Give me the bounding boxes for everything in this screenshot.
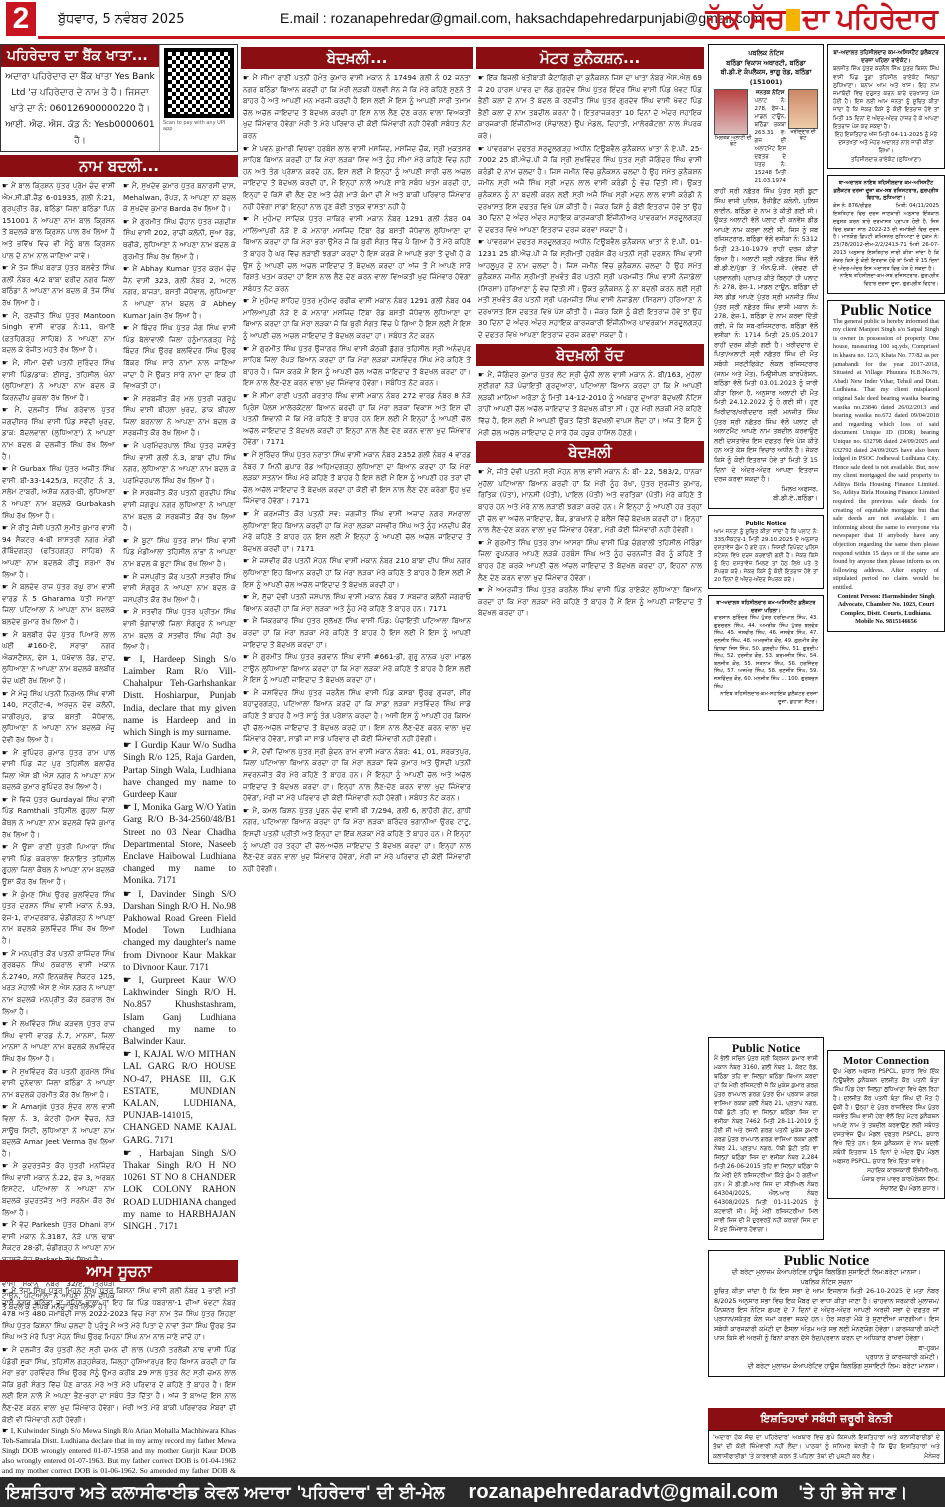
court-notice-3: ਬਾ-ਅਦਾਲਤ ਤਹਿਸੀਲਦਾਰ ਕਮ-ਅਸਿਸਟੈਂਟ ਕੁਲੈਕਟਰ ਦ…: [708, 595, 824, 711]
notice-body: ਵਾਰਸਾਨ ਸੁਰਿੰਦਰ ਸਿੰਘ ਪੁੱਤਰ ਹਰਦਿਆਲ ਸਿੰਘ, 4…: [714, 615, 818, 691]
deceased-photo: [714, 89, 748, 135]
section-header-disinherit-cancel: ਬੇਦਖ਼ਲੀ ਰੱਦ: [476, 344, 704, 366]
name-change-col2: ਮੈਂ, ਸੁਖਦੇਵ ਕੁਮਾਰ ਪੁੱਤਰ ਬਨਾਰਸੀ ਦਾਸ, Meha…: [121, 180, 238, 1314]
notice-title: ਪਬਲਿਕ ਨੋਟਿਸ: [714, 49, 818, 59]
notice-item: ਮੈਂ Abhay Kumar ਪੁੱਤਰ ਕਰਮ ਚੰਦ ਜੈਨ ਵਾਸੀ 3…: [123, 263, 236, 321]
signature: ਸੰਚਾਲਣ ਉਪ ਮੰਡਲ ਸੁਧਾਰ।: [833, 1185, 939, 1194]
notice-item: ਮੈਂ ਮੁਹੰਮਦ ਸ਼ਾਹਿਦ ਪੁੱਤਰ ਮੁਹੰਮਦ ਰਫੀਕ ਵਾਸੀ…: [243, 295, 471, 341]
notice-item: ਮੈਂ ਵਿਜੇ ਪੁੱਤਰ Gurdayal ਸਿੰਘ ਵਾਸੀ ਪਿੰਡ R…: [2, 794, 115, 840]
qr-caption: Scan to pay with any UPI app: [163, 120, 234, 132]
contact-emails: E.mail : rozanapehredar@gmail.com, haksa…: [280, 10, 762, 26]
notice-item: ਮੈਂ ਮੰਜੂ ਸਿੰਘ ਪਤਨੀ ਨਿਰਮਲ ਸਿੰਘ ਵਾਸੀ 140, …: [2, 688, 115, 746]
notice-item: ਮੈਂ ਜਸਵੀਰ ਕੌਰ ਪਤਨੀ ਮੋਹਨ ਸਿੰਘ ਵਾਸੀ ਮਕਾਨ ਨ…: [243, 555, 471, 590]
contact-person: Content Person: Harmshinder Singh Advoca…: [833, 593, 939, 627]
masthead: 2 ਬੁੱਧਵਾਰ, 5 ਨਵੰਬਰ 2025 E.mail : rozanap…: [0, 0, 945, 40]
notice-body: ਰਾਹੀਂ ਸ੍ਰੀ ਨਛੱਤਰ ਸਿੰਘ ਪੁੱਤਰ ਸ੍ਰੀ ਬੂਟਾ ਸਿ…: [714, 187, 818, 484]
notice-item: ਮੈਂ, ਕਮਲ ਕਿਸ਼ਨ ਪੁੱਤਰ ਪੂਰਨ ਚੰਦ ਵਾਸੀ ਬੀ 7/…: [243, 805, 471, 875]
signature: ਨਾਇਬ ਤਹਿਸੀਲਦਾ-ਕਮ-ਸਬ ਰਜਿਸਟਰਾਰ, ਗੁਰਪ੍ਰੀਤ ਵ…: [833, 273, 939, 289]
notice-item: ਮੈਂ, ਰਣਜੀਤ ਸਿੰਘ ਪੁੱਤਰ Mantoon Singh ਵਾਸੀ…: [2, 310, 115, 356]
public-notice-punjabi: Public Notice ਮੈਂ ਭੋਲੀ ਸਚਿਨ ਪੁੱਤਰ ਸ੍ਰੀ ਕ…: [708, 1037, 824, 1240]
notice-body: ਮੈਂ ਭੋਲੀ ਸਚਿਨ ਪੁੱਤਰ ਸ੍ਰੀ ਕ੍ਰਿਸ਼ਨ ਕੁਮਾਰ ਵ…: [714, 1055, 818, 1235]
notice-item: ਮੈਂ ਪਵਨ ਕੁਮਾਰੀ ਵਿਧਵਾ ਹਰਬੰਸ ਲਾਲ ਵਾਸੀ ਮਸਜਿ…: [243, 143, 471, 213]
notice-item: ਮੈਂ ਜਸਪ੍ਰੀਤ ਕੌਰ ਪਤਨੀ ਸਤਵੀਰ ਸਿੰਘ ਵਾਸੀ ਸੰਗ…: [123, 571, 236, 606]
bank-details: ਅਦਾਰਾ ਪਹਿਰੇਦਾਰ ਦਾ ਬੈਂਕ ਖਾਤਾ Yes Bank Ltd…: [1, 67, 159, 151]
notice-item: ਮੈਂ ਤੇਜਾ ਸਿੰਘ ਪੁੱਤਰ ਮਿਹਨ ਸਿੰਘ ਪੁੱਤਰ ਕਿਸ਼…: [2, 1285, 236, 1343]
flag-icon: [786, 9, 800, 31]
notice-item: ਮੈਂ ਦਲਜੀਤ ਕੌਰ ਪੁੱਤਰੀ ਲੇਟ ਸ੍ਰੀ ਚਮਨ ਦੀ ਲਾਲ…: [2, 1344, 236, 1425]
notice-body: ਸੂਚਿਤ ਕੀਤਾ ਜਾਂਦਾ ਹੈ ਕਿ ਇਸ ਸਭਾ ਦੇ ਆਮ ਇਜਲਾ…: [714, 1287, 939, 1343]
signature: ਨਾਇਬ ਤਹਿਸੀਲਦਾਰ-ਕਮ-ਸਹਾਇਕ ਕੁਲੈਕਟਰ ਦਰਜਾ ਦੂਜ…: [714, 691, 818, 706]
notice-title: Public Notice: [714, 1044, 818, 1053]
public-notice-society: Public Notice ਦੀ ਬਰੇਟਾ ਮੁਲਾਜ਼ਮ ਕੋਆਪਰੇਟਿਵ…: [708, 1250, 945, 1377]
footer-text: ਇਸ਼ਤਿਹਾਰ ਅਤੇ ਕਲਾਸੀਫਾਈਡ ਕੇਵਲ ਅਦਾਰਾ 'ਪਹਿਰੇ…: [6, 1483, 445, 1503]
motor-column: ਮੋਟਰ ਕੁਨੈਕਸ਼ਨ... ਇੱਕ ਬਿਜਲੀ ਖੇਤੀਬਾੜੀ ਕੈਟਾ…: [476, 44, 704, 1477]
motor-connection-en-wrap: Motor Connection ਉਪ ਮੰਡਲ ਅਫਸਰ PSPCL, ਸੁਧ…: [827, 1050, 945, 1245]
right-column-b: ਬਾ-ਅਦਾਲਤ ਤਹਿਸੀਲਦਾਰ ਕਮ-ਅਸਿਸਟੈਂਟ ਕੁਲੈਕਟਰ ਦ…: [827, 44, 945, 1094]
notice-item: ਮੈਂ ਲਖਵਿੰਦਰ ਸਿੰਘ ਕੜਵਲ ਪੁੱਤਰ ਰਾਜ ਸਿੰਘ ਵਾਸ…: [2, 1018, 115, 1064]
notice-item: ਮੈਂ ਤੇਜ ਸਿੰਘ ਬਰਾੜ ਪੁੱਤਰ ਬਲਵੰਤ ਸਿੰਘ ਗਲੀ ਨ…: [2, 262, 115, 308]
notice-item-english: I, Gurpreet Kaur W/O Lakhwinder Singh R/…: [123, 975, 236, 1048]
notice-item: ਮੈਂ ਗੁਰਮੀਤ ਸਿੰਘ ਚੌਹਾਨ ਪੁੱਤਰ ਜਗਦੀਸ਼ ਸਿੰਘ …: [123, 216, 236, 262]
disclaimer-box: ਇਸ਼ਤਿਹਾਰਾਂ ਸਬੰਧੀ ਜ਼ਰੂਰੀ ਬੇਨਤੀ 'ਅਦਾਰਾ ਹੱਕ…: [708, 1408, 945, 1475]
notice-item: ਇੱਕ ਬਿਜਲੀ ਖੇਤੀਬਾੜੀ ਕੈਟਾਗਿਰੀ ਦਾ ਕੁਨੈਕਸ਼ਨ …: [478, 72, 702, 142]
section-header-general-notice: ਆਮ ਸੂਚਨਾ: [0, 1260, 238, 1282]
notice-body: ਆਮ ਜਨਤਾ ਨੂੰ ਸੂਚਿਤ ਕੀਤਾ ਜਾਂਦਾ ਹੈ ਕਿ ਪਲਾਟ …: [714, 528, 818, 584]
footer-email-link[interactable]: rozanapehredaradvt@gmail.com: [469, 1481, 779, 1503]
notice-item: ਮੈਂ Amarjit ਪੁੱਤਰ ਸੁੰਦਰ ਲਾਲ ਵਾਸੀ ਵਿਲਾ ਨੰ…: [2, 1101, 115, 1159]
notice-title: ਬਾ-ਅਦਾਲਤ ਤਹਿਸੀਲਦਾਰ ਕਮ-ਅਸਿਸਟੈਂਟ ਕੁਲੈਕਟਰ ਦ…: [714, 600, 818, 615]
notice-item: ਪਾਵਰਕਾਮ ਦਫਤਰ ਸਰਦੂਲਗੜ੍ਹ ਅਧੀਨ ਟਿਊਬਵੈਲ ਕੁਨੈ…: [478, 236, 702, 340]
notice-title: Motor Connection: [833, 1057, 939, 1066]
notice-item: ਮੈਂ, ਜੀਤੋ ਦੇਵੀ ਪਤਨੀ ਸ੍ਰੀ ਮੋਹਨ ਲਾਲ ਵਾਸੀ ਮ…: [478, 466, 702, 536]
notice-title: Public Notice: [714, 520, 818, 528]
signature: ਸਹਾਇਕ ਕਾਰਜਕਾਰੀ ਇੰਜੀਨੀਅਰ,: [833, 1167, 939, 1176]
notice-item: ਮੈਂ Gurbax ਸਿੰਘ ਪੁੱਤਰ ਅਜੀਤ ਸਿੰਘ ਵਾਸੀ ਬੀ-…: [2, 463, 115, 521]
case-number: ਕੇਸ ਨੰ: 876/ਰੀਡਰ: [833, 203, 871, 211]
court-notice-2: ਬਾ-ਅਦਾਲਤ ਨਾਇਬ ਤਹਿਸੀਲਦਾਰ ਕਮ-ਅਸਿਸਟੈਂਟ ਕੁਲੈ…: [827, 175, 945, 294]
notice-item: ਮੈਂ ਬਿੰਦਰ ਸਿੰਘ ਪੁੱਤਰ ਜੰਗ ਸਿੰਘ ਵਾਸੀ ਪਿੰਡ …: [123, 322, 236, 392]
notice-item: ਮੈਂ ਗੁਰਮੀਤ ਸਿੰਘ ਪੁੱਤਰ ਉਜਾਗਰ ਸਿੰਘ ਵਾਸੀ ਕੋ…: [243, 343, 471, 389]
notice-item: ਮੈਂ ਗੁਰਮੀਤ ਸਿੰਘ ਪੁੱਤਰ ਰਾਮ ਆਸਰਾ ਸਿੰਘ ਵਾਸੀ…: [478, 537, 702, 583]
notice-item: ਮੈਂ ਗੁਰਮੀਤ ਸਿੰਘ ਪੁੱਤਰ ਭਗਵਾਨ ਸਿੰਘ ਵਾਸੀ #6…: [243, 651, 471, 686]
notice-item: ਮੈਂ ਬੂਟਾ ਸਿੰਘ ਪੁੱਤਰ ਸ਼ਾਮ ਸਿੰਘ ਵਾਸੀ ਪਿੰਡ …: [123, 535, 236, 570]
notice-title: ਬਾ-ਅਦਾਲਤ ਤਹਿਸੀਲਦਾਰ ਕਮ-ਅਸਿਸਟੈਂਟ ਕੁਲੈਕਟਰ ਦ…: [833, 49, 939, 65]
notice-item: ਮੈਂ ਸੁਰਿੰਦਰ ਸਿੰਘ ਪੁੱਤਰ ਨਰਾਤਾ ਸਿੰਘ ਵਾਸੀ ਮ…: [243, 449, 471, 507]
section-header-disinherit: ਬੇਦਖ਼ਲੀ...: [241, 47, 473, 69]
issue-date: ਬੁੱਧਵਾਰ, 5 ਨਵੰਬਰ 2025: [58, 12, 185, 27]
notice-item: ਮੈਂ, ਜੋਗਿੰਦਰ ਕੁਮਾਰ ਪੁੱਤਰ ਲੇਟ ਸ੍ਰੀ ਚੁੰਨੀ …: [478, 369, 702, 439]
notice-item: ਮੈਂ ਸਰਬਜੀਤ ਕੌਰ ਮਲ ਪੁੱਤਰੀ ਜਗਰੂਪ ਸਿੰਘ ਵਾਸੀ…: [123, 393, 236, 439]
notice-item: ਮੈਂ ਸੀਮਾ ਰਾਣੀ ਪਤਨੀ ਕਰਤਾਰ ਸਿੰਘ ਵਾਸੀ ਮਕਾਨ …: [243, 390, 471, 448]
logo-text-1: ਹੱਕ ਸੱਚ: [706, 2, 785, 35]
notice-title: Public Notice: [714, 1257, 939, 1266]
notice-item: ਮੈਂ ਅਮਰਜੀਤ ਸਿੰਘ ਪੁੱਤਰ ਕਰਨੈਲ ਸਿੰਘ ਵਾਸੀ ਪਿ…: [478, 584, 702, 619]
name-change-col1: ਮੈਂ ਬਾਲ ਕ੍ਰਿਸ਼ਨ ਪੁੱਤਰ ਪ੍ਰੇਮ ਚੰਦ ਵਾਸੀ ਐਮ.…: [0, 180, 117, 1314]
notice-item-english: I Gurdip Kaur W/o Sudha Singh R/o 125, R…: [123, 740, 236, 801]
signature: ਮੈਨੇਜਰ: [924, 1452, 940, 1461]
newspaper-logo: ਹੱਕ ਸੱਚਦਾ ਪਹਿਰੇਦਾਰ: [706, 2, 937, 36]
photo-caption: ਖਰੀਦਦਾਰ ਦੀ ਫੋਟੋ: [788, 129, 818, 141]
section-header-disinherit-2: ਬੇਦਖ਼ਲੀ: [476, 441, 704, 463]
notice-subtitle: ਪਬਲਿਕ ਨੋਟਿਸ ਸੁਚਨਾ: [714, 1278, 939, 1287]
section-header-motor: ਮੋਟਰ ਕੁਨੈਕਸ਼ਨ...: [476, 47, 704, 69]
motor-connection-notice: Motor Connection ਉਪ ਮੰਡਲ ਅਫਸਰ PSPCL, ਸੁਧ…: [827, 1050, 945, 1199]
notice-title: ਬੀ.ਡੀ.ਏ ਕੰਪਲੈਕਸ, ਭਾਗੂ ਰੋਡ, ਬਠਿੰਡਾ: [714, 68, 818, 78]
notice-item: ਮੈਂ ਬਲਬੀਰ ਚੰਦ ਪੁੱਤਰ ਪਿਆਰੇ ਲਾਲ ਘਈ #160-ਏ,…: [2, 629, 115, 687]
notice-item-english: I, Kulwinder Singh S/o Mewa Singh R/o Ar…: [2, 1426, 236, 1475]
society-notice-wrap: Public Notice ਦੀ ਬਰੇਟਾ ਮੁਲਾਜ਼ਮ ਕੋਆਪਰੇਟਿਵ…: [708, 1250, 945, 1405]
disclaimer-title: ਇਸ਼ਤਿਹਾਰਾਂ ਸਬੰਧੀ ਜ਼ਰੂਰੀ ਬੇਨਤੀ: [708, 1408, 945, 1430]
public-notice-small: Public Notice ਆਮ ਜਨਤਾ ਨੂੰ ਸੂਚਿਤ ਕੀਤਾ ਜਾਂ…: [708, 515, 824, 589]
notice-item: ਪਾਵਰਕਾਮ ਦਫਤਰ ਸਰਦੂਲਗੜ੍ਹ ਅਧੀਨ ਟਿਊਬਵੈਲ ਕੁਨੈ…: [478, 143, 702, 236]
notice-item: ਮੈਂ ਜਿਕਰਕਾਰ ਸਿੰਘ ਪੁੱਤਰ ਸੁਲੱਖਣ ਸਿੰਘ ਵਾਸੀ …: [243, 615, 471, 650]
notice-body: ਇਸ਼ਤਿਹਾਰ ਵਿਚ ਦਰਜ ਜਾਣਕਾਰੀ ਅਨੁਸਾਰ ਇੰਤਕਾਲ ਦ…: [833, 211, 939, 273]
upi-qr[interactable]: Scan to pay with any UPI app: [159, 45, 237, 151]
notice-item: ਮੈਂ ਕਰਮਜੀਤ ਕੌਰ ਪਤਨੀ ਸਵ: ਜਗਜੀਤ ਸਿੰਘ ਵਾਸੀ …: [243, 508, 471, 554]
bda-public-notice: ਪਬਲਿਕ ਨੋਟਿਸ ਬਠਿੰਡਾ ਵਿਕਾਸ ਅਥਾਰਟੀ, ਬਠਿੰਡਾ …: [708, 44, 824, 509]
notice-item-english: , Harbajan Singh S/O Thakar Singh R/O H …: [123, 1148, 236, 1233]
disinherit-column: ਬੇਦਖ਼ਲੀ... ਮੈਂ ਸੀਮਾ ਰਾਣੀ ਪਤਨੀ ਹੇਮੰਤ ਕੁਮਾ…: [241, 44, 473, 1477]
signature: ਬਾ-ਹੁਕਮ: [714, 1344, 939, 1353]
logo-text-2: ਦਾ ਪਹਿਰੇਦਾਰ: [802, 2, 937, 35]
notice-date: ਮਿਤੀ: 04/11/2025: [896, 203, 939, 211]
notice-item: ਮੈਂ ਕੁੰਮਣ ਸਿੰਘ ਉਰਫ ਕੁਲਵਿੰਦਰ ਸਿੰਘ ਪੁੱਤਰ ਦ…: [2, 889, 115, 947]
photo-caption: ਮ੍ਰਿਤਕ ਅਲਾਟੀ ਦੀ ਫੋਟੋ: [714, 135, 753, 147]
notice-title: ਬਠਿੰਡਾ ਵਿਕਾਸ ਅਥਾਰਟੀ, ਬਠਿੰਡਾ: [714, 59, 818, 69]
notice-item: ਮੈਂ ਮੁਹੰਮਦ ਸਾਦਿਕ ਪੁੱਤਰ ਜ਼ਾਕਿਰ ਵਾਸੀ ਮਕਾਨ …: [243, 213, 471, 294]
notice-body: ਉਪ ਮੰਡਲ ਅਫਸਰ PSPCL, ਸੁਧਾਰ ਵਿਖੇ ਇੱਕ ਟਿਊਬਵ…: [833, 1068, 939, 1167]
general-notice-section: ਆਮ ਸੂਚਨਾ ਮੈਂ ਤੇਜਾ ਸਿੰਘ ਪੁੱਤਰ ਮਿਹਨ ਸਿੰਘ ਪ…: [0, 1257, 238, 1475]
signature: ਪੰਜਾਬ ਰਾਜ ਪਾਵਰ ਕਾਰਪੋਰੇਸ਼ਨ ਲਿਮ:: [833, 1176, 939, 1185]
footer-banner: ਇਸ਼ਤਿਹਾਰ ਅਤੇ ਕਲਾਸੀਫਾਈਡ ਕੇਵਲ ਅਦਾਰਾ 'ਪਹਿਰੇ…: [0, 1477, 945, 1507]
disclaimer-body: 'ਅਦਾਰਾ ਹੱਕ ਸੱਚ ਦਾ ਪਹਿਰੇਦਾਰ' ਅਖ਼ਬਾਰ ਵਿਚ ਛ…: [713, 1434, 940, 1460]
notice-item: ਮੈਂ ਭੁਪਿੰਦਰ ਕੁਮਾਰ ਪੁੱਤਰ ਰਾਮ ਪਾਲ ਵਾਸੀ ਪਿੰ…: [2, 747, 115, 793]
notice-item: ਮੈਂ, ਸੀਮਾ ਦੇਵੀ ਪਤਨੀ ਸੁਰਿੰਦਰ ਸਿੰਘ ਵਾਸੀ ਪਿ…: [2, 357, 115, 403]
notice-item: ਮੈਂ ਕੁਦਰਤਜੋਤ ਕੌਰ ਪੁੱਤਰੀ ਮਨਜਿੰਦਰ ਸਿੰਘ ਵਾਸ…: [2, 1160, 115, 1218]
notice-item: ਮੈਂ ਸਰਬਜੀਤ ਕੌਰ ਪਤਨੀ ਗੁਰਦੀਪ ਸਿੰਘ ਵਾਸੀ ਜਗਰ…: [123, 487, 236, 533]
plot-details: ਪਲਾਟ ਨੰ: 278, ਫੇਜ਼-1, ਮਾਡਲ ਟਾਊਨ, ਬਠਿੰਡਾ …: [755, 97, 786, 185]
right-column-a: ਪਬਲਿਕ ਨੋਟਿਸ ਬਠਿੰਡਾ ਵਿਕਾਸ ਅਥਾਰਟੀ, ਬਠਿੰਡਾ …: [708, 44, 824, 1094]
signature: ਮਿਲਖ ਅਫਸਰ,: [714, 485, 818, 495]
notice-title: ਬਾ-ਅਦਾਲਤ ਨਾਇਬ ਤਹਿਸੀਲਦਾਰ ਕਮ-ਅਸਿਸਟੈਂਟ ਕੁਲੈ…: [833, 180, 939, 203]
notice-date: ਇਹ ਇਸ਼ਤਿਹਾਰ ਅੱਜ ਮਿਤੀ 04-11-2025 ਨੂੰ ਮੇਰੇ…: [833, 131, 939, 156]
notice-item: ਮੈਂ, ਦੇਵੀ ਦਿਆਲ ਪੁੱਤਰ ਸ੍ਰੀ ਕੁੰਦਨ ਰਾਮ ਵਾਸੀ…: [243, 746, 471, 804]
buyer-photo: [788, 89, 818, 129]
signature: ਪ੍ਰਧਾਨ ਤੇ ਕਾਰਜਕਾਰੀ ਕਮੇਟੀ।: [714, 1353, 939, 1362]
notice-item: ਮੈਂ ਬਲਦੇਵ ਰਾਜ ਪੁੱਤਰ ਰਘੂ ਰਾਮ ਵਾਸੀ ਵਾਰਡ ਨੰ…: [2, 581, 115, 627]
signature: ਤਹਿਸੀਲਦਾਰ ਰਾਏਕੋਟ (ਲੁਧਿਆਣਾ): [833, 156, 939, 164]
notice-item-english: I, Hardeep Singh S/o Laimber Ram R/o Vil…: [123, 654, 236, 739]
public-notice-english: Public Notice The general public is here…: [827, 300, 945, 632]
court-notice-top: ਬਾ-ਅਦਾਲਤ ਤਹਿਸੀਲਦਾਰ ਕਮ-ਅਸਿਸਟੈਂਟ ਕੁਲੈਕਟਰ ਦ…: [827, 44, 945, 169]
notice-item-english: I, Davinder Singh S/O Darshan Singh R/O …: [123, 889, 236, 974]
notice-sub: ਜਨਤਕ ਨੋਟਿਸ: [755, 89, 786, 97]
notice-item: ਮੈਂ, ਦਲਜੀਤ ਸਿੰਘ ਗਰੇਵਾਲ ਪੁੱਤਰ ਜਗਦੀਸ਼ਰ ਸਿੰ…: [2, 404, 115, 462]
signature: ਬੀ.ਡੀ.ਏ.,ਬਠਿੰਡਾ।: [714, 494, 818, 504]
notice-pin: (151001): [714, 78, 818, 88]
masthead-divider: [38, 36, 945, 39]
notice-item: ਮੈਂ ਮਨਪ੍ਰੀਤ ਕੌਰ ਪਤਨੀ ਰਾਜਿੰਦਰ ਸਿੰਘ ਗੁਰਬਚਨ…: [2, 948, 115, 1018]
public-notice-pa-wrap: Public Notice ਮੈਂ ਭੋਲੀ ਸਚਿਨ ਪੁੱਤਰ ਸ੍ਰੀ ਕ…: [708, 1037, 824, 1247]
notice-item: ਮੈਂ ਸੁਖਵਿੰਦਰ ਕੌਰ ਪਤਨੀ ਗੁਰਮੇਲ ਸਿੰਘ ਵਾਸੀ ਦ…: [2, 1066, 115, 1101]
footer-suffix: 'ਤੇ ਹੀ ਭੇਜੇ ਜਾਣ।: [798, 1483, 907, 1503]
notice-body: ਬਲਜੀਤ ਸਿੰਘ ਪੁੱਤਰ ਕਰਨੈਲ ਸਿੰਘ ਪੁੱਤਰ ਬਿਸ਼ਨ …: [833, 65, 939, 131]
notice-title: Public Notice: [833, 307, 939, 316]
notice-item: ਮੈਂ ਜਸਵਿੰਦਰ ਸਿੰਘ ਪੁੱਤਰ ਜਰਨੈਲ ਸਿੰਘ ਵਾਸੀ ਪ…: [243, 687, 471, 745]
notice-item: ਮੈਂ ਊਸ਼ਾ ਰਾਣੀ ਪੁੱਤਰੀ ਪਿਆਰਾ ਸਿੰਘ ਵਾਸੀ ਪਿੰ…: [2, 841, 115, 887]
notice-item: ਮੈਂ ਸੀਮਾ ਰਾਣੀ ਪਤਨੀ ਹੇਮੰਤ ਕੁਮਾਰ ਵਾਸੀ ਮਕਾਨ…: [243, 72, 471, 142]
section-header-name-change: ਨਾਮ ਬਦਲੀ...: [0, 155, 238, 177]
notice-item: ਮੈਂ ਸਤਵੀਰ ਸਿੰਘ ਪੁੱਤਰ ਪ੍ਰੀਤਮ ਸਿੰਘ ਵਾਸੀ ਭੰ…: [123, 606, 236, 652]
notice-item: ਮੈਂ ਪਰਮਿੰਦਰਪਾਲ ਸਿੰਘ ਪੁੱਤਰ ਜਸਵੰਤ ਸਿੰਘ ਵਾਸ…: [123, 440, 236, 486]
signature: ਦੀ ਬਰੇਟਾ ਮੁਲਾਜ਼ਮ ਕੋਆਪਰੇਟਿਵ ਹਾਊਸ ਬਿਲਡਿੰਗ …: [714, 1362, 939, 1371]
bank-account-box: ਪਹਿਰੇਦਾਰ ਦਾ ਬੈਂਕ ਖਾਤਾ... ਅਦਾਰਾ ਪਹਿਰੇਦਾਰ …: [0, 44, 238, 152]
page-number: 2: [6, 2, 36, 36]
bank-title: ਪਹਿਰੇਦਾਰ ਦਾ ਬੈਂਕ ਖਾਤਾ...: [1, 45, 159, 67]
notice-body: The general public is hereby informed th…: [833, 318, 939, 593]
society-name: ਦੀ ਬਰੇਟਾ ਮੁਲਾਜ਼ਮ ਕੋਆਪਰੇਟਿਵ ਹਾਊਸ ਬਿਲਡਿੰਗ …: [714, 1268, 939, 1277]
notice-item-english: I, Monika Garg W/O Yatin Garg R/O B-34-2…: [123, 802, 236, 887]
notice-item: ਮੈਂ ਬਾਲ ਕ੍ਰਿਸ਼ਨ ਪੁੱਤਰ ਪ੍ਰੇਮ ਚੰਦ ਵਾਸੀ ਐਮ.…: [2, 180, 115, 261]
qr-code-icon: [164, 48, 234, 118]
notice-item: ਮੈਂ ਰੀਤੂ ਜੋਸ਼ੀ ਪਤਨੀ ਸੁਮੀਤ ਕੁਮਾਰ ਵਾਸੀ 94 …: [2, 522, 115, 580]
notice-item-english: I, KAJAL W/O MITHAN LAL GARG R/O HOUSE N…: [123, 1049, 236, 1147]
notice-item: ਮੈਂ, ਸੁਖਦੇਵ ਕੁਮਾਰ ਪੁੱਤਰ ਬਨਾਰਸੀ ਦਾਸ, Meha…: [123, 180, 236, 215]
notice-item: ਮੈਂ, ਸੁੱਚਾ ਦੇਵੀ ਪਤਨੀ ਜਸਪਾਲ ਸਿੰਘ ਵਾਸੀ ਮਕਾ…: [243, 591, 471, 614]
